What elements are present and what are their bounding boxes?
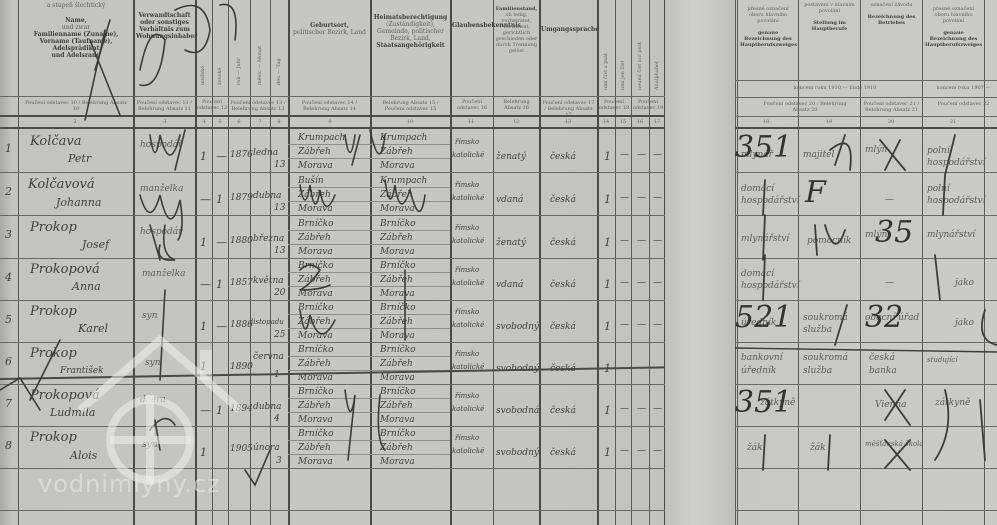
census-sheet-right-page: přesné označení oboru hlavního povoláníg… bbox=[735, 0, 997, 525]
watermark-text: vodnimlyny.cz bbox=[38, 470, 221, 498]
census-sheet-left-page: a stupeň šlechtický Name, und zwar Famil… bbox=[0, 0, 665, 525]
book-gutter bbox=[665, 0, 735, 525]
pencil-annotations-right bbox=[735, 0, 997, 525]
pencil-annotations bbox=[0, 0, 665, 525]
